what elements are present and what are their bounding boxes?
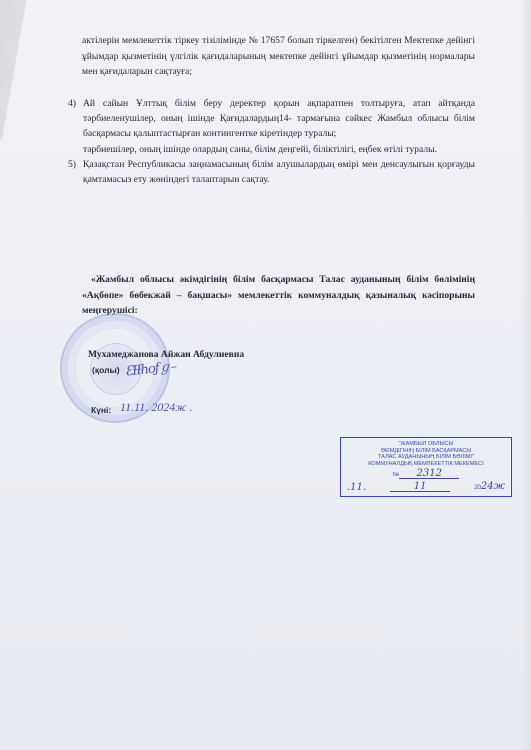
list-item-continuation: тәрбиешілер, оның ішінде олардың саны, б… xyxy=(83,142,475,157)
signature-label: (қолы) xyxy=(92,365,120,375)
stamp-line: "ЖАМБЫЛ ОБЛЫСЫ xyxy=(341,441,511,448)
list-item: 4) Ай сайын Ұлттық білім беру деректер қ… xyxy=(68,96,475,157)
list-item-number: 4) xyxy=(68,96,83,157)
stamp-year-suffix: 24ж xyxy=(481,481,505,492)
stamp-year-prefix: 20 xyxy=(474,485,481,491)
stamp-month: 11 xyxy=(390,484,450,492)
stamp-line: ТАЛАС АУДАНЫНЫҢ БІЛІМ БӨЛІМІ" xyxy=(341,454,511,461)
page-edge-shadow xyxy=(521,0,531,750)
stamp-day: .11. xyxy=(347,485,366,492)
stamp-number-row: № 2312 xyxy=(347,471,505,479)
document-page: актілерін мемлекеттік тіркеу тізілімінде… xyxy=(0,0,531,750)
registration-stamp: "ЖАМБЫЛ ОБЛЫСЫ ӘКІМДІГІНІҢ БІЛІМ БАСҚАРМ… xyxy=(340,437,512,497)
list-item-text: Қазақстан Республикасы заңнамасының білі… xyxy=(83,157,475,187)
signatory-heading: «Жамбыл облысы әкімдігінің білім басқарм… xyxy=(82,272,475,319)
stamp-line: ӘКІМДІГІНІҢ БІЛІМ БАСҚАРМАСЫ xyxy=(341,448,511,455)
stamp-date-row: .11. 11 2024ж xyxy=(347,484,505,492)
list-item: 5) Қазақстан Республикасы заңнамасының б… xyxy=(68,157,475,187)
handwritten-date: 11.11. 2024ж . xyxy=(120,400,192,415)
list-item-text: Ай сайын Ұлттық білім беру деректер қоры… xyxy=(83,96,475,142)
stamp-number-value: 2312 xyxy=(399,471,459,479)
numbered-list: 4) Ай сайын Ұлттық білім беру деректер қ… xyxy=(68,96,475,187)
top-paragraph: актілерін мемлекеттік тіркеу тізілімінде… xyxy=(82,33,475,80)
date-label: Күні: xyxy=(91,405,111,415)
page-corner-shadow xyxy=(0,0,40,140)
list-item-number: 5) xyxy=(68,157,83,187)
stamp-line: КОММУНАЛДЫҚ МЕМЛЕКЕТТІК МЕКЕМЕСІ xyxy=(341,461,511,468)
